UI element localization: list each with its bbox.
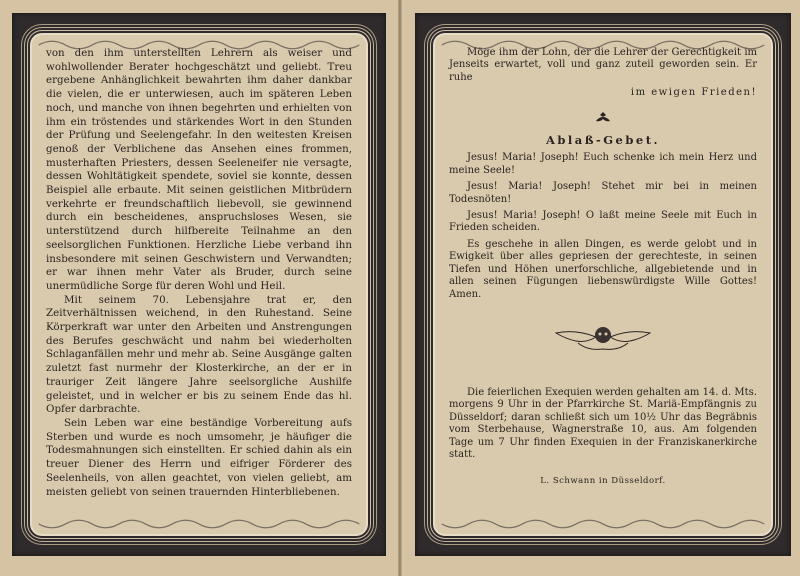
page-fold (398, 0, 402, 576)
right-page-frame: Möge ihm der Lohn, der die Lehrer der Ge… (435, 35, 771, 534)
winged-cherub-icon (548, 323, 658, 357)
left-page: von den ihm unterstellten Lehrern als we… (12, 13, 386, 556)
right-page-text: Möge ihm der Lohn, der die Lehrer der Ge… (449, 47, 757, 524)
left-page-text: von den ihm unterstellten Lehrern als we… (46, 47, 352, 524)
prayer-heading: Ablaß-Gebet. (449, 134, 757, 146)
funeral-notice: Die feierlichen Exequien werden gehalten… (449, 387, 757, 461)
paragraph: Sein Leben war eine beständige Vorbereit… (46, 417, 352, 499)
prayer: Jesus! Maria! Joseph! Stehet mir bei in … (449, 181, 757, 206)
paragraph: Mit seinem 70. Lebensjahre trat er, den … (46, 294, 352, 417)
intro-text: Möge ihm der Lohn, der die Lehrer der Ge… (449, 47, 757, 84)
paragraph: von den ihm unterstellten Lehrern als we… (46, 47, 352, 294)
prayer: Es geschehe in allen Dingen, es werde ge… (449, 239, 757, 301)
right-page: Möge ihm der Lohn, der die Lehrer der Ge… (415, 13, 791, 556)
flower-ornament-icon (449, 110, 757, 126)
prayer: Jesus! Maria! Joseph! Euch schenke ich m… (449, 152, 757, 177)
left-page-frame: von den ihm unterstellten Lehrern als we… (32, 35, 366, 534)
closing-line: im ewigen Frieden! (449, 87, 757, 99)
prayer: Jesus! Maria! Joseph! O laßt meine Seele… (449, 210, 757, 235)
printer-imprint: L. Schwann in Düsseldorf. (449, 475, 757, 487)
